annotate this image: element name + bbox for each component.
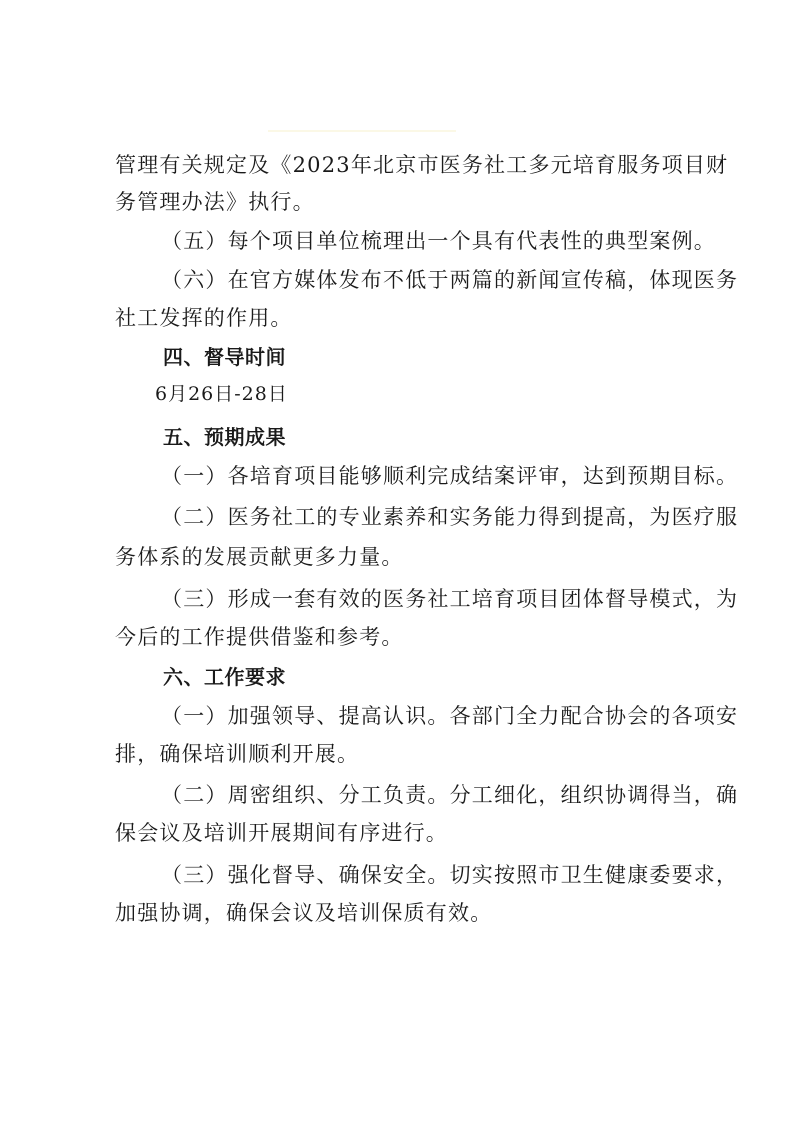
requirement-3-line-1: （三）强化督导、确保安全。切实按照市卫生健康委要求， [161,862,707,888]
section-heading-expected-results: 五、预期成果 [163,424,755,450]
requirement-2-line-1: （二）周密组织、分工负责。分工细化，组织协调得当，确 [161,782,707,808]
result-3-line-1: （三）形成一套有效的医务社工培育项目团体督导模式，为 [161,586,707,612]
requirement-3-line-2: 加强协调，确保会议及培训保质有效。 [115,900,707,926]
section-heading-work-requirements: 六、工作要求 [163,664,755,690]
faint-header-line [268,130,456,132]
section-heading-supervision-time: 四、督导时间 [163,344,755,370]
result-1: （一）各培育项目能够顺利完成结案评审，达到预期目标。 [161,463,707,489]
paragraph-finance-rules-line-2: 务管理办法》执行。 [115,189,707,215]
result-2-line-2: 务体系的发展贡献更多力量。 [115,544,707,570]
item-6-news-line-2: 社工发挥的作用。 [115,305,707,331]
item-6-news-line-1: （六）在官方媒体发布不低于两篇的新闻宣传稿，体现医务 [161,267,707,293]
requirement-1-line-2: 排，确保培训顺利开展。 [115,741,707,767]
result-2-line-1: （二）医务社工的专业素养和实务能力得到提高，为医疗服 [161,504,707,530]
requirement-2-line-2: 保会议及培训开展期间有序进行。 [115,820,707,846]
result-3-line-2: 今后的工作提供借鉴和参考。 [115,624,707,650]
item-5-typical-case: （五）每个项目单位梳理出一个具有代表性的典型案例。 [161,228,707,254]
requirement-1-line-1: （一）加强领导、提高认识。各部门全力配合协会的各项安 [161,703,707,729]
supervision-date: 6月26日-28日 [155,381,747,407]
paragraph-finance-rules-line-1: 管理有关规定及《2023年北京市医务社工多元培育服务项目财 [115,152,707,178]
